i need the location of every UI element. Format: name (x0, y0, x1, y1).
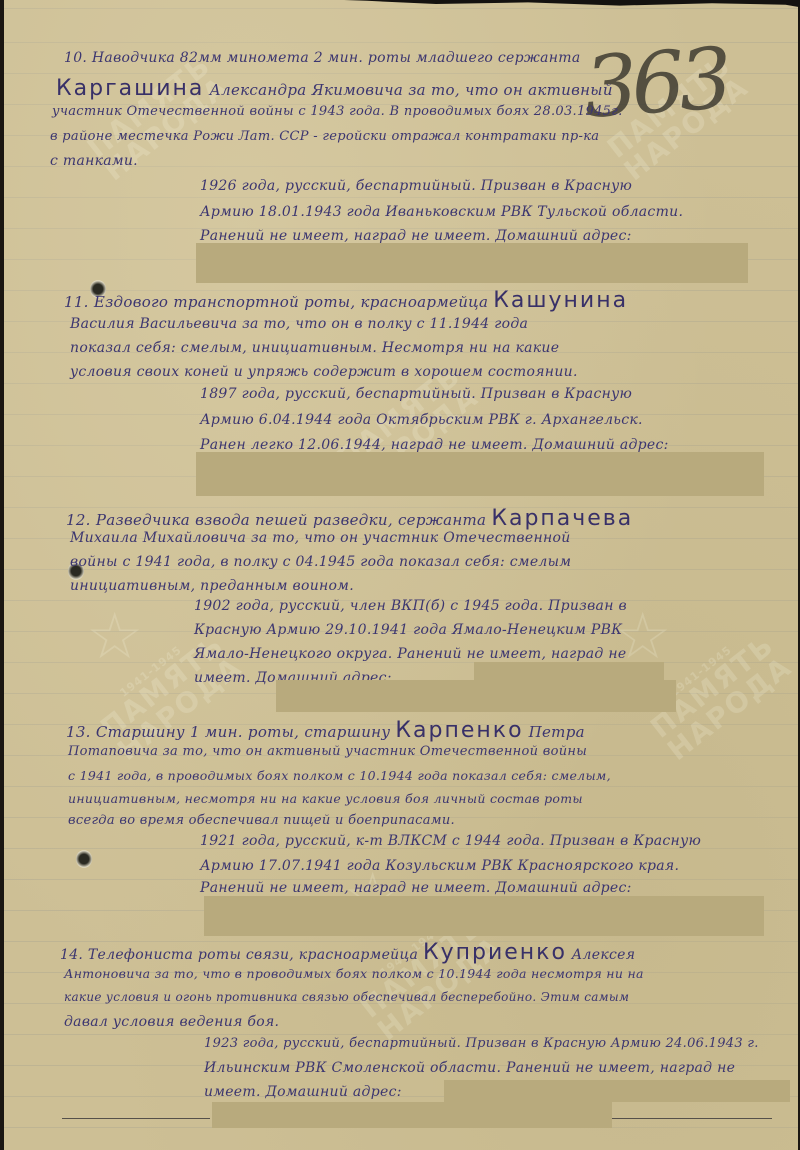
entry-detail: Ранен легко 12.06.1944, наград не имеет.… (200, 437, 669, 453)
soldier-surname: Карпачева (491, 506, 633, 531)
entry-line: условия своих коней и упряжь содержит в … (70, 364, 578, 380)
redacted-address (444, 1080, 790, 1102)
soldier-surname: Карпенко (395, 718, 523, 743)
entry-line: давал условия ведения боя. (64, 1014, 279, 1030)
entry-detail: Ильинским РВК Смоленской области. Ранени… (204, 1060, 735, 1076)
entry-line: участник Отечественной войны с 1943 года… (52, 104, 623, 119)
entry-line: 13. Старшину 1 мин. роты, старшину Карпе… (66, 718, 585, 743)
end-rule (62, 1118, 210, 1119)
entry-detail: Красную Армию 29.10.1941 года Ямало-Нене… (194, 622, 622, 638)
entry-detail: Ранений не имеет, наград не имеет. Домаш… (200, 880, 632, 896)
redacted-address (212, 1102, 612, 1128)
entry-detail: имеет. Домашний адрес: (204, 1084, 402, 1100)
entry-line: инициативным, несмотря ни на какие услов… (68, 791, 583, 806)
entry-line: с танками. (50, 153, 138, 169)
entry-detail: Ямало-Ненецкого округа. Ранений не имеет… (194, 646, 626, 662)
redacted-address (474, 662, 664, 682)
punch-hole (76, 850, 92, 868)
torn-edge (344, 0, 800, 8)
entry-detail: 1923 года, русский, беспартийный. Призва… (204, 1036, 759, 1051)
entry-line: всегда во время обеспечивал пищей и боеп… (68, 813, 455, 828)
entry-detail: Армию 17.07.1941 года Козульским РВК Кра… (200, 858, 679, 874)
entry-detail: 1902 года, русский, член ВКП(б) с 1945 г… (194, 598, 627, 614)
entry-line: Потаповича за то, что он активный участн… (68, 744, 587, 759)
entry-detail: Ранений не имеет, наград не имеет. Домаш… (200, 228, 632, 244)
star-icon: ☆ (86, 600, 143, 674)
entry-line: Михаила Михайловича за то, что он участн… (70, 530, 571, 546)
redacted-address (204, 896, 764, 936)
end-rule (612, 1118, 772, 1119)
entry-detail: 1921 года, русский, к-т ВЛКСМ с 1944 год… (200, 833, 701, 849)
entry-line: с 1941 года, в проводимых боях полком с … (68, 768, 611, 783)
document-page: ПАМЯТЬ НАРОДА ПАМЯТЬ НАРОДА ПАМЯТЬ НАРОД… (4, 0, 798, 1150)
soldier-surname: Кашунина (493, 288, 628, 313)
redacted-address (196, 452, 764, 496)
entry-detail: 1926 года, русский, беспартийный. Призва… (200, 178, 632, 194)
entry-line: Василия Васильевича за то, что он в полк… (70, 316, 528, 332)
entry-line: 10. Наводчика 82мм миномета 2 мин. роты … (64, 50, 580, 66)
entry-detail: Армию 18.01.1943 года Иваньковским РВК Т… (200, 204, 683, 220)
entry-line: инициативным, преданным воином. (70, 578, 354, 594)
soldier-surname: Каргашина (56, 76, 204, 101)
entry-line: войны с 1941 года, в полку с 04.1945 год… (70, 554, 571, 570)
entry-line: в районе местечка Рожи Лат. ССР - геройс… (50, 129, 599, 144)
entry-line: какие условия и огонь противника связью … (64, 990, 629, 1004)
entry-line: 12. Разведчика взвода пешей разведки, се… (66, 506, 633, 531)
redacted-address (276, 680, 676, 712)
entry-detail: 1897 года, русский, беспартийный. Призва… (200, 386, 632, 402)
soldier-surname: Куприенко (423, 940, 567, 965)
entry-line: 14. Телефониста роты связи, красноармейц… (60, 940, 635, 965)
entry-line: показал себя: смелым, инициативным. Несм… (70, 340, 559, 356)
entry-detail: Армию 6.04.1944 года Октябрьским РВК г. … (200, 412, 643, 428)
entry-line: Антоновича за то, что в проводимых боях … (64, 966, 644, 981)
entry-line: Каргашина Александра Якимовича за то, чт… (56, 76, 613, 101)
redacted-address (196, 243, 748, 283)
entry-line: 11. Ездового транспортной роты, красноар… (64, 288, 628, 313)
